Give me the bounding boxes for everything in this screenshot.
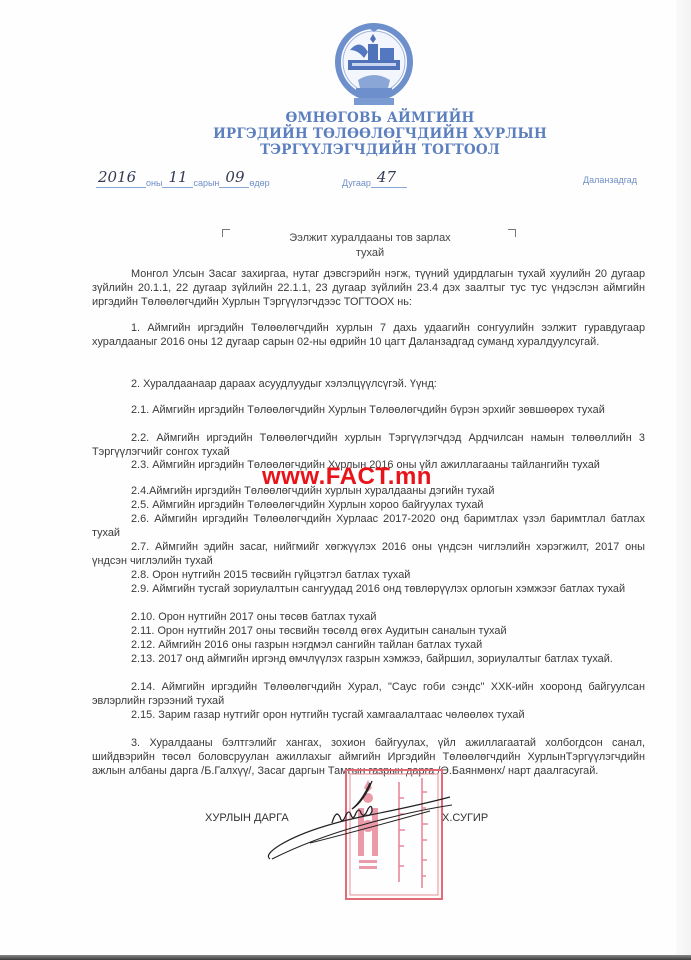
agenda-item: 2.14. Аймгийн иргэдийн Төлөөлөгчдийн Хур… (92, 680, 645, 708)
subject-line-2: тухай (230, 247, 510, 259)
agenda-item: 2.15. Зарим газар нутгийг орон нутгийн т… (92, 708, 645, 722)
number-label: Дугаар (342, 178, 371, 188)
year-field: 2016 (96, 175, 146, 188)
agenda-item: 2.11. Орон нутгийн 2017 оны төсвийн төсө… (92, 624, 645, 638)
number-row: Дугаар 47 (342, 175, 407, 188)
header-line-3: ТЭРГҮҮЛЭГЧДИЙН ТОГТООЛ (150, 142, 610, 158)
signatory-name: Х.СУГИР (442, 812, 488, 824)
watermark-text: www.FACT.mn (262, 464, 432, 490)
subject-corner-mark (222, 229, 230, 237)
mongolia-state-emblem-icon (328, 20, 420, 110)
document-page: ӨМНӨГОВЬ АЙМГИЙН ИРГЭДИЙН ТӨЛӨӨЛӨГЧДИЙН … (0, 0, 691, 955)
month-suffix: сарын (193, 178, 219, 188)
agenda-item: 2.10. Орон нутгийн 2017 оны төсөв батлах… (92, 610, 645, 624)
day-suffix: өдөр (249, 178, 269, 188)
number-value: 47 (377, 168, 396, 186)
point-1-paragraph: 1. Аймгийн иргэдийн Төлөөлөгчдийн хурлын… (92, 321, 645, 349)
header-line-2: ИРГЭДИЙН ТӨЛӨӨЛӨГЧДИЙН ХУРЛЫН (150, 126, 610, 142)
year-suffix: оны (146, 178, 162, 188)
day-field: 09 (219, 175, 249, 188)
point-2-paragraph: 2. Хуралдаанаар дараах асуудлуудыг хэлэл… (92, 377, 645, 391)
signatory-title: ХУРЛЫН ДАРГА (205, 812, 289, 824)
agenda-item: 2.5. Аймгийн иргэдийн Төлөөлөгчдийн Хурл… (92, 498, 645, 512)
agenda-item: 2.13. 2017 онд аймгийн иргэнд өмчлүүлэх … (92, 652, 645, 666)
place-label: Даланзадгад (583, 175, 637, 185)
agenda-item: 2.12. Аймгийн 2016 оны газрын нэгдмэл са… (92, 638, 645, 652)
month-value: 11 (168, 168, 187, 186)
month-field: 11 (162, 175, 193, 188)
page-edge-shadow (676, 0, 691, 955)
subject-line-1: Ээлжит хуралдааны тов зарлах (230, 232, 510, 244)
header-line-1: ӨМНӨГОВЬ АЙМГИЙН (150, 110, 610, 126)
number-field: 47 (371, 175, 407, 188)
agenda-item: 2.8. Орон нутгийн 2015 төсвийн гүйцэтгэл… (92, 568, 645, 582)
agenda-item: 2.9. Аймгийн тусгай зориулалтын сангууда… (92, 582, 645, 596)
agenda-item: 2.1. Аймгийн иргэдийн Төлөөлөгчдийн Хурл… (92, 403, 645, 417)
preamble-paragraph: Монгол Улсын Засаг захиргаа, нутаг дэвсг… (92, 267, 645, 310)
year-value: 2016 (98, 168, 136, 186)
agenda-item: 2.6. Аймгийн иргэдийн Төлөөлөгчдийн Хурл… (92, 512, 645, 540)
day-value: 09 (225, 168, 244, 186)
agenda-item: 2.7. Аймгийн эдийн засаг, нийгмийг хөгжү… (92, 540, 645, 568)
agenda-item: 2.2. Аймгийн иргэдийн Төлөөлөгчдийн хурл… (92, 431, 645, 459)
page-bottom-edge (0, 955, 691, 960)
date-row: 2016 оны 11 сарын 09 өдөр (96, 175, 270, 188)
